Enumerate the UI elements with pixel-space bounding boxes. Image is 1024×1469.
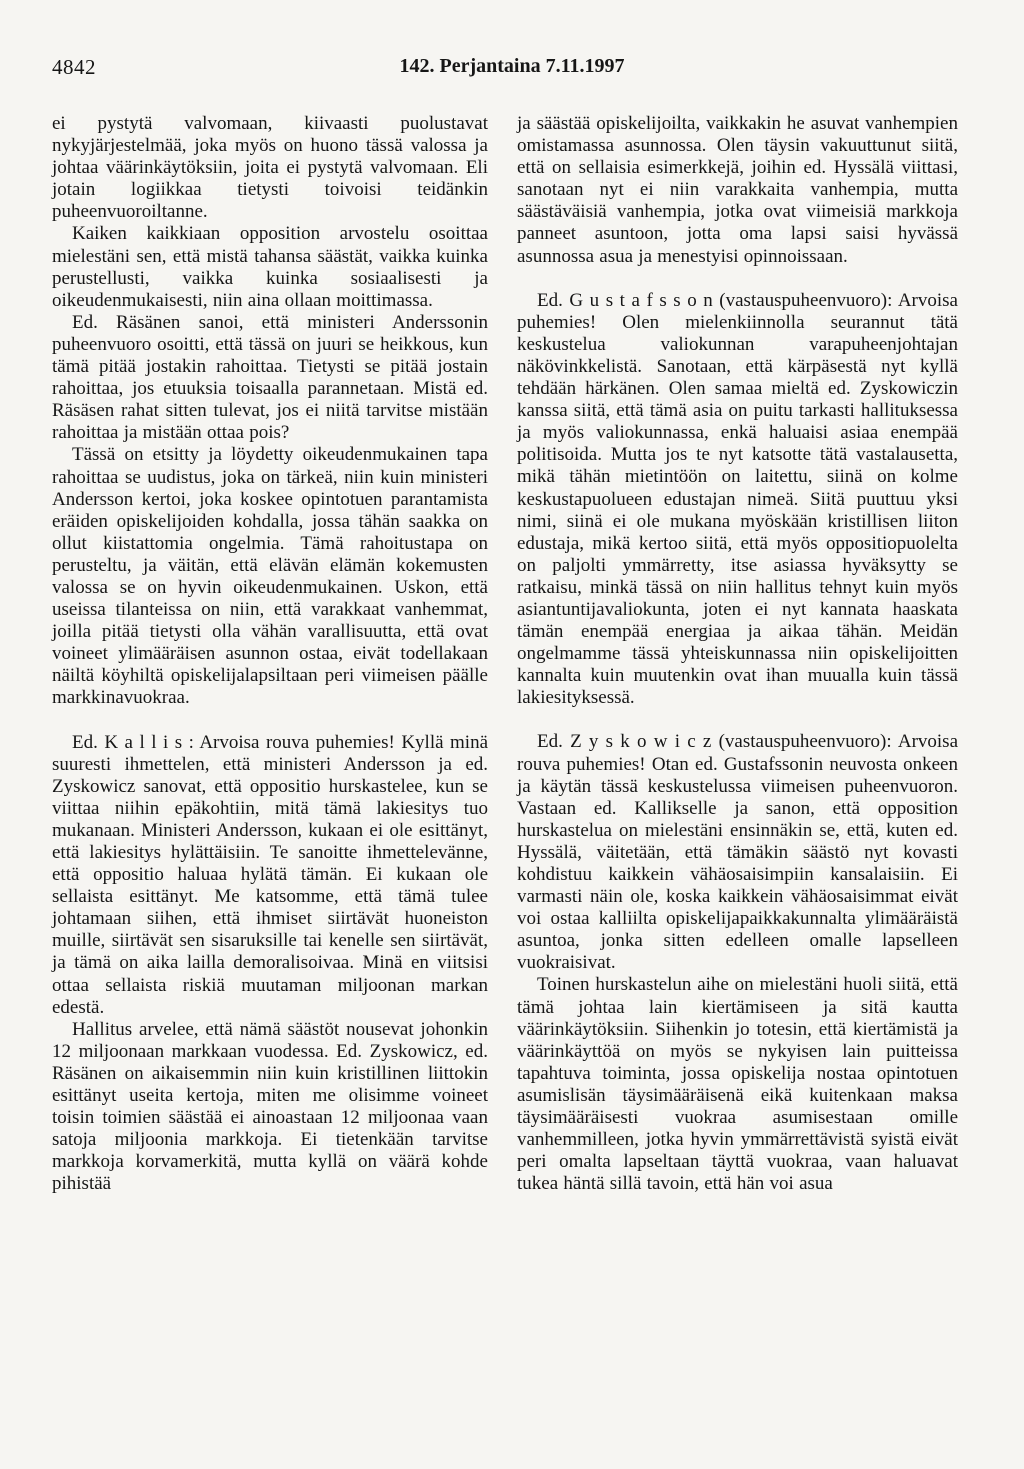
document-page: 4842 142. Perjantaina 7.11.1997 ei pysty…: [0, 0, 1024, 1469]
session-title: 142. Perjantaina 7.11.1997: [52, 55, 972, 78]
right-column: ja säästää opiskelijoilta, vaikkakin he …: [517, 113, 958, 1196]
paragraph: Hallitus arvelee, että nämä säästöt nous…: [52, 1019, 488, 1196]
paragraph: Ed. K a l l i s : Arvoisa rouva puhemies…: [52, 732, 488, 1019]
paragraph: Toinen hurskastelun aihe on mielestäni h…: [517, 974, 958, 1195]
paragraph: Ed. Räsänen sanoi, että ministeri Anders…: [52, 312, 488, 445]
paragraph: Tässä on etsitty ja löydetty oikeudenmuk…: [52, 444, 488, 709]
page-header: 4842 142. Perjantaina 7.11.1997: [52, 55, 972, 81]
paragraph: Ed. Z y s k o w i c z (vastauspuheenvuor…: [517, 731, 958, 974]
left-column: ei pystytä valvomaan, kiivaasti puolusta…: [52, 113, 488, 1196]
paragraph: Ed. G u s t a f s s o n (vastauspuheenvu…: [517, 290, 958, 710]
text-columns: ei pystytä valvomaan, kiivaasti puolusta…: [52, 113, 958, 1196]
paragraph: Kaiken kaikkiaan opposition arvostelu os…: [52, 223, 488, 311]
paragraph: ja säästää opiskelijoilta, vaikkakin he …: [517, 113, 958, 268]
paragraph: ei pystytä valvomaan, kiivaasti puolusta…: [52, 113, 488, 223]
